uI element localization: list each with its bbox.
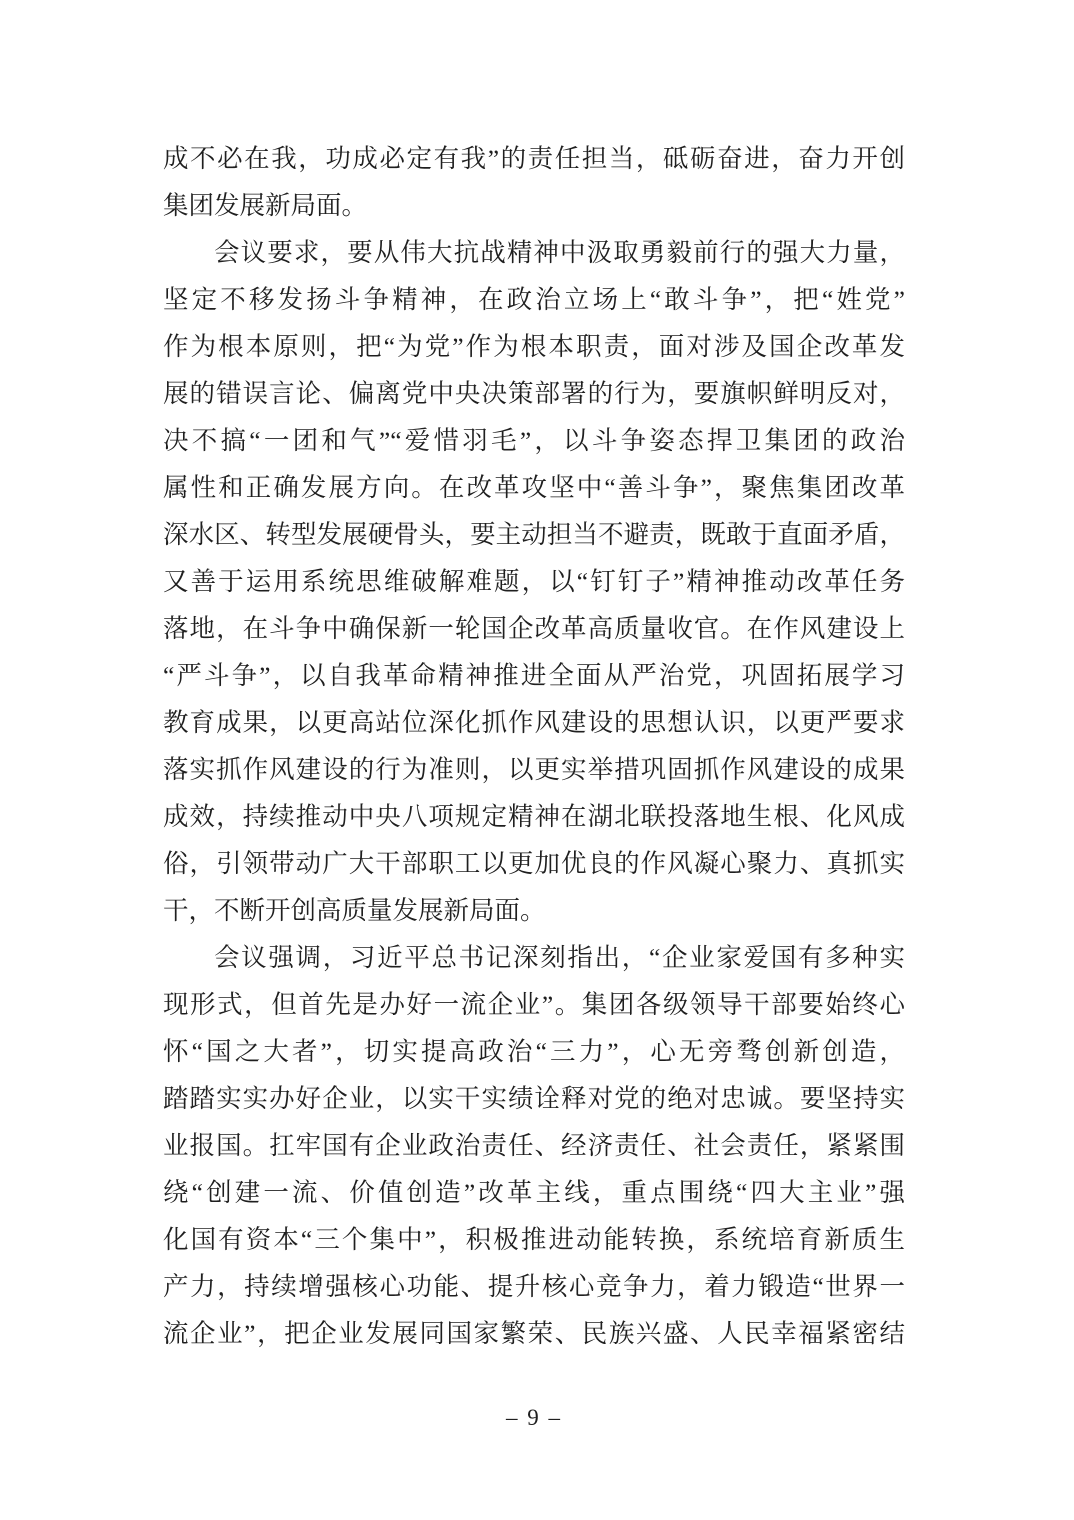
text-line: 深水区、转型发展硬骨头，要主动担当不避责，既敢于直面矛盾， [163,511,905,558]
text-line: 俗，引领带动广大干部职工以更加优良的作风凝心聚力、真抓实 [163,840,905,887]
text-line: 成效，持续推动中央八项规定精神在湖北联投落地生根、化风成 [163,793,905,840]
text-line: 又善于运用系统思维破解难题，以“钉钉子”精神推动改革任务 [163,558,905,605]
text-line: 落地，在斗争中确保新一轮国企改革高质量收官。在作风建设上 [163,605,905,652]
text-line: 会议强调，习近平总书记深刻指出，“企业家爱国有多种实 [163,934,905,981]
text-line: 现形式，但首先是办好一流企业”。集团各级领导干部要始终心 [163,981,905,1028]
text-line: 绕“创建一流、价值创造”改革主线，重点围绕“四大主业”强 [163,1169,905,1216]
document-page: 成不必在我，功成必定有我”的责任担当，砥砺奋进，奋力开创集团发展新局面。会议要求… [0,0,1074,1520]
text-line: 产力，持续增强核心功能、提升核心竞争力，着力锻造“世界一 [163,1263,905,1310]
body-text: 成不必在我，功成必定有我”的责任担当，砥砺奋进，奋力开创集团发展新局面。会议要求… [163,135,905,1357]
text-line: 化国有资本“三个集中”，积极推进动能转换，系统培育新质生 [163,1216,905,1263]
text-line: 会议要求，要从伟大抗战精神中汲取勇毅前行的强大力量， [163,229,905,276]
text-line: 业报国。扛牢国有企业政治责任、经济责任、社会责任，紧紧围 [163,1122,905,1169]
text-line: 属性和正确发展方向。在改革攻坚中“善斗争”，聚焦集团改革 [163,464,905,511]
text-line: 流企业”，把企业发展同国家繁荣、民族兴盛、人民幸福紧密结 [163,1310,905,1357]
text-line: 踏踏实实办好企业，以实干实绩诠释对党的绝对忠诚。要坚持实 [163,1075,905,1122]
text-line: 作为根本原则，把“为党”作为根本职责，面对涉及国企改革发 [163,323,905,370]
text-line: “严斗争”，以自我革命精神推进全面从严治党，巩固拓展学习 [163,652,905,699]
text-line: 决不搞“一团和气”“爱惜羽毛”，以斗争姿态捍卫集团的政治 [163,417,905,464]
page-number: – 9 – [163,1405,905,1431]
text-line: 落实抓作风建设的行为准则，以更实举措巩固抓作风建设的成果 [163,746,905,793]
text-line: 怀“国之大者”，切实提高政治“三力”，心无旁骛创新创造， [163,1028,905,1075]
text-line: 集团发展新局面。 [163,182,905,229]
text-line: 干，不断开创高质量发展新局面。 [163,887,905,934]
text-line: 坚定不移发扬斗争精神，在政治立场上“敢斗争”，把“姓党” [163,276,905,323]
text-line: 成不必在我，功成必定有我”的责任担当，砥砺奋进，奋力开创 [163,135,905,182]
text-line: 展的错误言论、偏离党中央决策部署的行为，要旗帜鲜明反对， [163,370,905,417]
text-line: 教育成果，以更高站位深化抓作风建设的思想认识，以更严要求 [163,699,905,746]
